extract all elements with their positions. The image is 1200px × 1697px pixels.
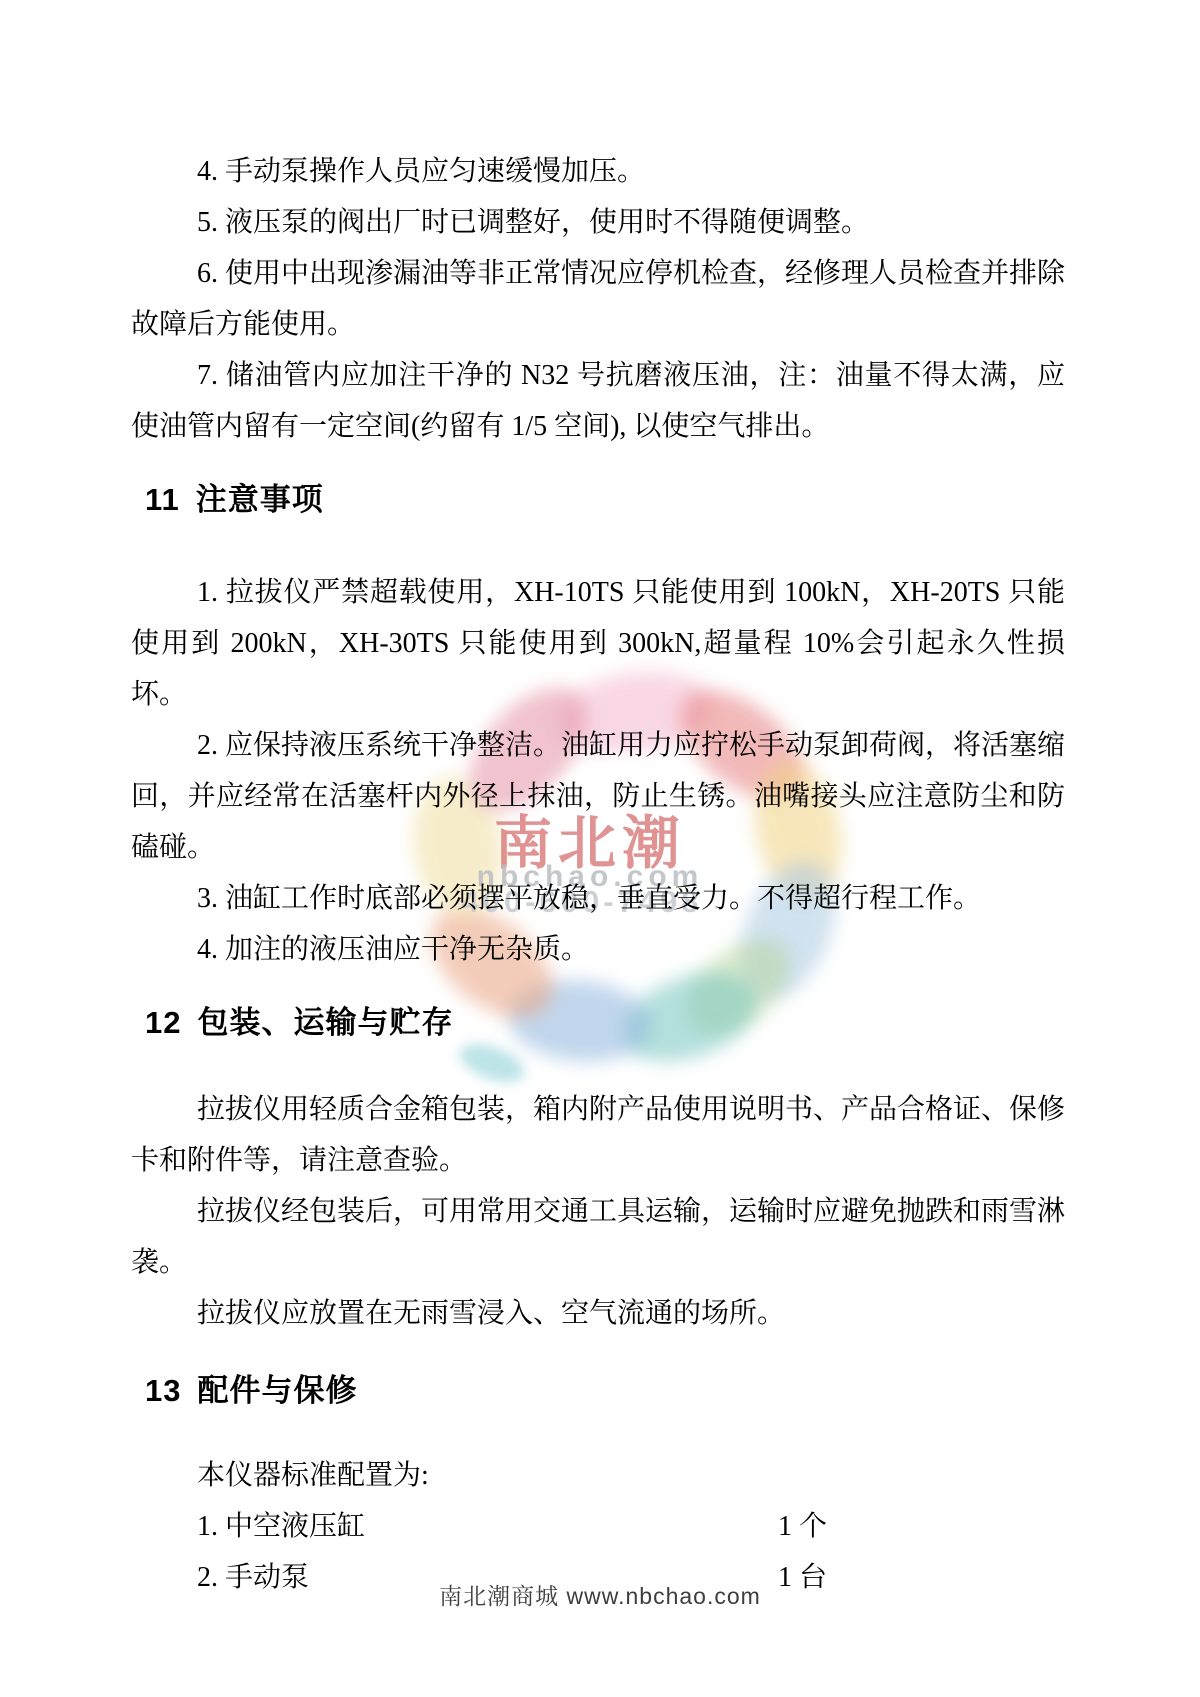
document-page: 南北潮 nbchao.com 400-600-7498 4. 手动泵操作人员应匀… — [0, 0, 1200, 1697]
note-item-1: 1. 拉拔仪严禁超载使用，XH-10TS 只能使用到 100kN，XH-20TS… — [131, 567, 1065, 720]
section-title: 注意事项 — [196, 482, 324, 517]
section-number: 13 — [145, 1373, 181, 1408]
document-content: 4. 手动泵操作人员应匀速缓慢加压。 5. 液压泵的阀出厂时已调整好，使用时不得… — [131, 146, 1065, 1603]
section-heading-13: 13配件与保修 — [131, 1365, 1065, 1416]
config-row-1: 1. 中空液压缸 1 个 — [131, 1501, 1065, 1552]
footer-text: 南北潮商城 www.nbchao.com — [439, 1583, 761, 1609]
note-item-3: 3. 油缸工作时底部必须摆平放稳，垂直受力。不得超行程工作。 — [131, 873, 1065, 924]
section-heading-12: 12包装、运输与贮存 — [131, 997, 1065, 1048]
section-number: 11 — [145, 482, 180, 517]
config-intro: 本仪器标准配置为: — [131, 1450, 1065, 1501]
packing-paragraph-3: 拉拔仪应放置在无雨雪浸入、空气流通的场所。 — [131, 1288, 1065, 1339]
config-qty: 1 个 — [778, 1501, 827, 1552]
intro-item-5: 5. 液压泵的阀出厂时已调整好，使用时不得随便调整。 — [131, 197, 1065, 248]
section-number: 12 — [145, 1005, 181, 1040]
packing-paragraph-1: 拉拔仪用轻质合金箱包装，箱内附产品使用说明书、产品合格证、保修卡和附件等，请注意… — [131, 1084, 1065, 1186]
section-title: 配件与保修 — [197, 1373, 357, 1408]
intro-item-6: 6. 使用中出现渗漏油等非正常情况应停机检查，经修理人员检查并排除故障后方能使用… — [131, 248, 1065, 350]
intro-item-4: 4. 手动泵操作人员应匀速缓慢加压。 — [131, 146, 1065, 197]
note-item-4: 4. 加注的液压油应干净无杂质。 — [131, 924, 1065, 975]
packing-paragraph-2: 拉拔仪经包装后，可用常用交通工具运输，运输时应避免抛跌和雨雪淋袭。 — [131, 1186, 1065, 1288]
config-label: 1. 中空液压缸 — [197, 1511, 365, 1542]
note-item-2: 2. 应保持液压系统干净整洁。油缸用力应拧松手动泵卸荷阀，将活塞缩回，并应经常在… — [131, 720, 1065, 873]
section-heading-11: 11注意事项 — [131, 474, 1065, 525]
page-footer: 南北潮商城 www.nbchao.com — [0, 1578, 1200, 1611]
section-title: 包装、运输与贮存 — [197, 1005, 453, 1040]
intro-item-7: 7. 储油管内应加注干净的 N32 号抗磨液压油，注：油量不得太满，应使油管内留… — [131, 350, 1065, 452]
